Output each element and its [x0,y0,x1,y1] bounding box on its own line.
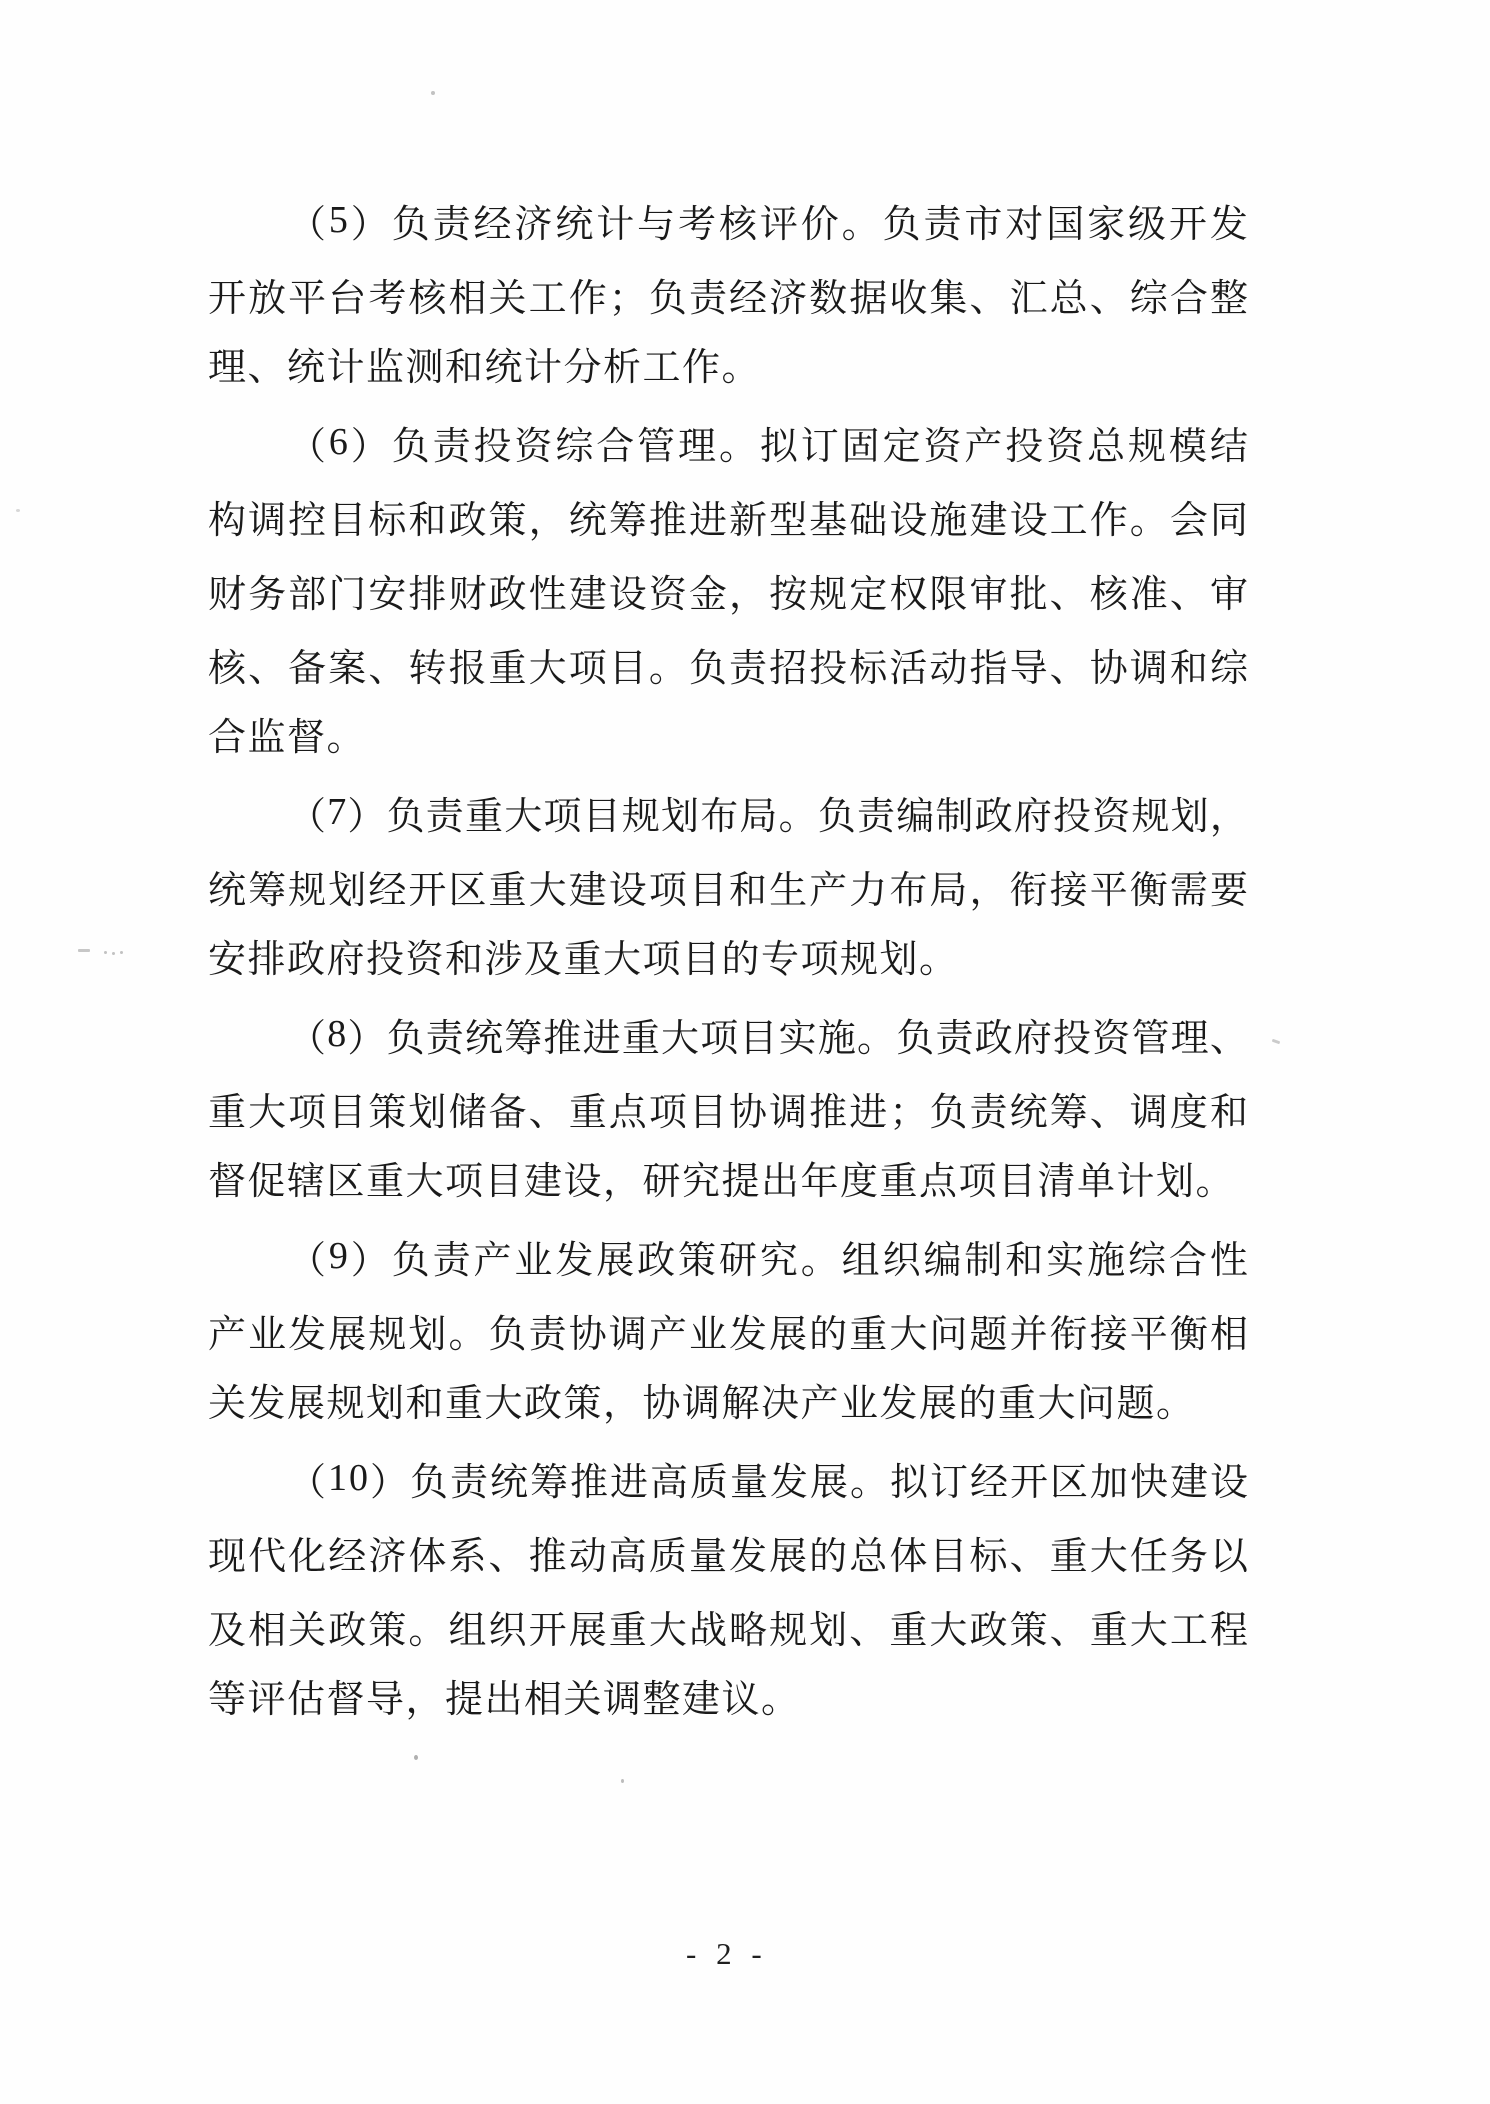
scan-speck [104,951,107,954]
text-line: 现代化经济体系、推动高质量发展的总体目标、重大任务以 [208,1515,1248,1589]
text-line: （8）负责统筹推进重大项目实施。负责政府投资管理、 [208,997,1248,1071]
text-line: （6）负责投资综合管理。拟订固定资产投资总规模结 [208,405,1248,479]
scan-speck [414,1755,418,1760]
text-line: 及相关政策。组织开展重大战略规划、重大政策、重大工程 [208,1589,1248,1663]
scan-speck [112,952,115,955]
text-line: 安排政府投资和涉及重大项目的专项规划。 [208,923,1248,997]
text-line: 关发展规划和重大政策，协调解决产业发展的重大问题。 [208,1367,1248,1441]
scan-speck [431,91,435,95]
text-line: 重大项目策划储备、重点项目协调推进；负责统筹、调度和 [208,1071,1248,1145]
scan-speck [621,1779,624,1783]
scan-speck [1272,1039,1281,1045]
document-body: （5）负责经济统计与考核评价。负责市对国家级开发开放平台考核相关工作；负责经济数… [208,183,1248,1737]
text-line: 督促辖区重大项目建设，研究提出年度重点项目清单计划。 [208,1145,1248,1219]
text-line: 产业发展规划。负责协调产业发展的重大问题并衔接平衡相 [208,1293,1248,1367]
scan-speck [120,951,123,954]
scan-speck [78,949,90,952]
text-line: （7）负责重大项目规划布局。负责编制政府投资规划， [208,775,1248,849]
text-line: 统筹规划经开区重大建设项目和生产力布局，衔接平衡需要 [208,849,1248,923]
text-line: （10）负责统筹推进高质量发展。拟订经开区加快建设 [208,1441,1248,1515]
text-line: 开放平台考核相关工作；负责经济数据收集、汇总、综合整 [208,257,1248,331]
text-line: 合监督。 [208,701,1248,775]
text-line: （9）负责产业发展政策研究。组织编制和实施综合性 [208,1219,1248,1293]
page-number: - 2 - [686,1936,768,1972]
text-line: 等评估督导，提出相关调整建议。 [208,1663,1248,1737]
text-line: 构调控目标和政策，统筹推进新型基础设施建设工作。会同 [208,479,1248,553]
text-line: （5）负责经济统计与考核评价。负责市对国家级开发 [208,183,1248,257]
text-line: 理、统计监测和统计分析工作。 [208,331,1248,405]
text-line: 核、备案、转报重大项目。负责招投标活动指导、协调和综 [208,627,1248,701]
text-line: 财务部门安排财政性建设资金，按规定权限审批、核准、审 [208,553,1248,627]
document-page: （5）负责经济统计与考核评价。负责市对国家级开发开放平台考核相关工作；负责经济数… [0,0,1490,2104]
scan-speck [16,509,20,512]
